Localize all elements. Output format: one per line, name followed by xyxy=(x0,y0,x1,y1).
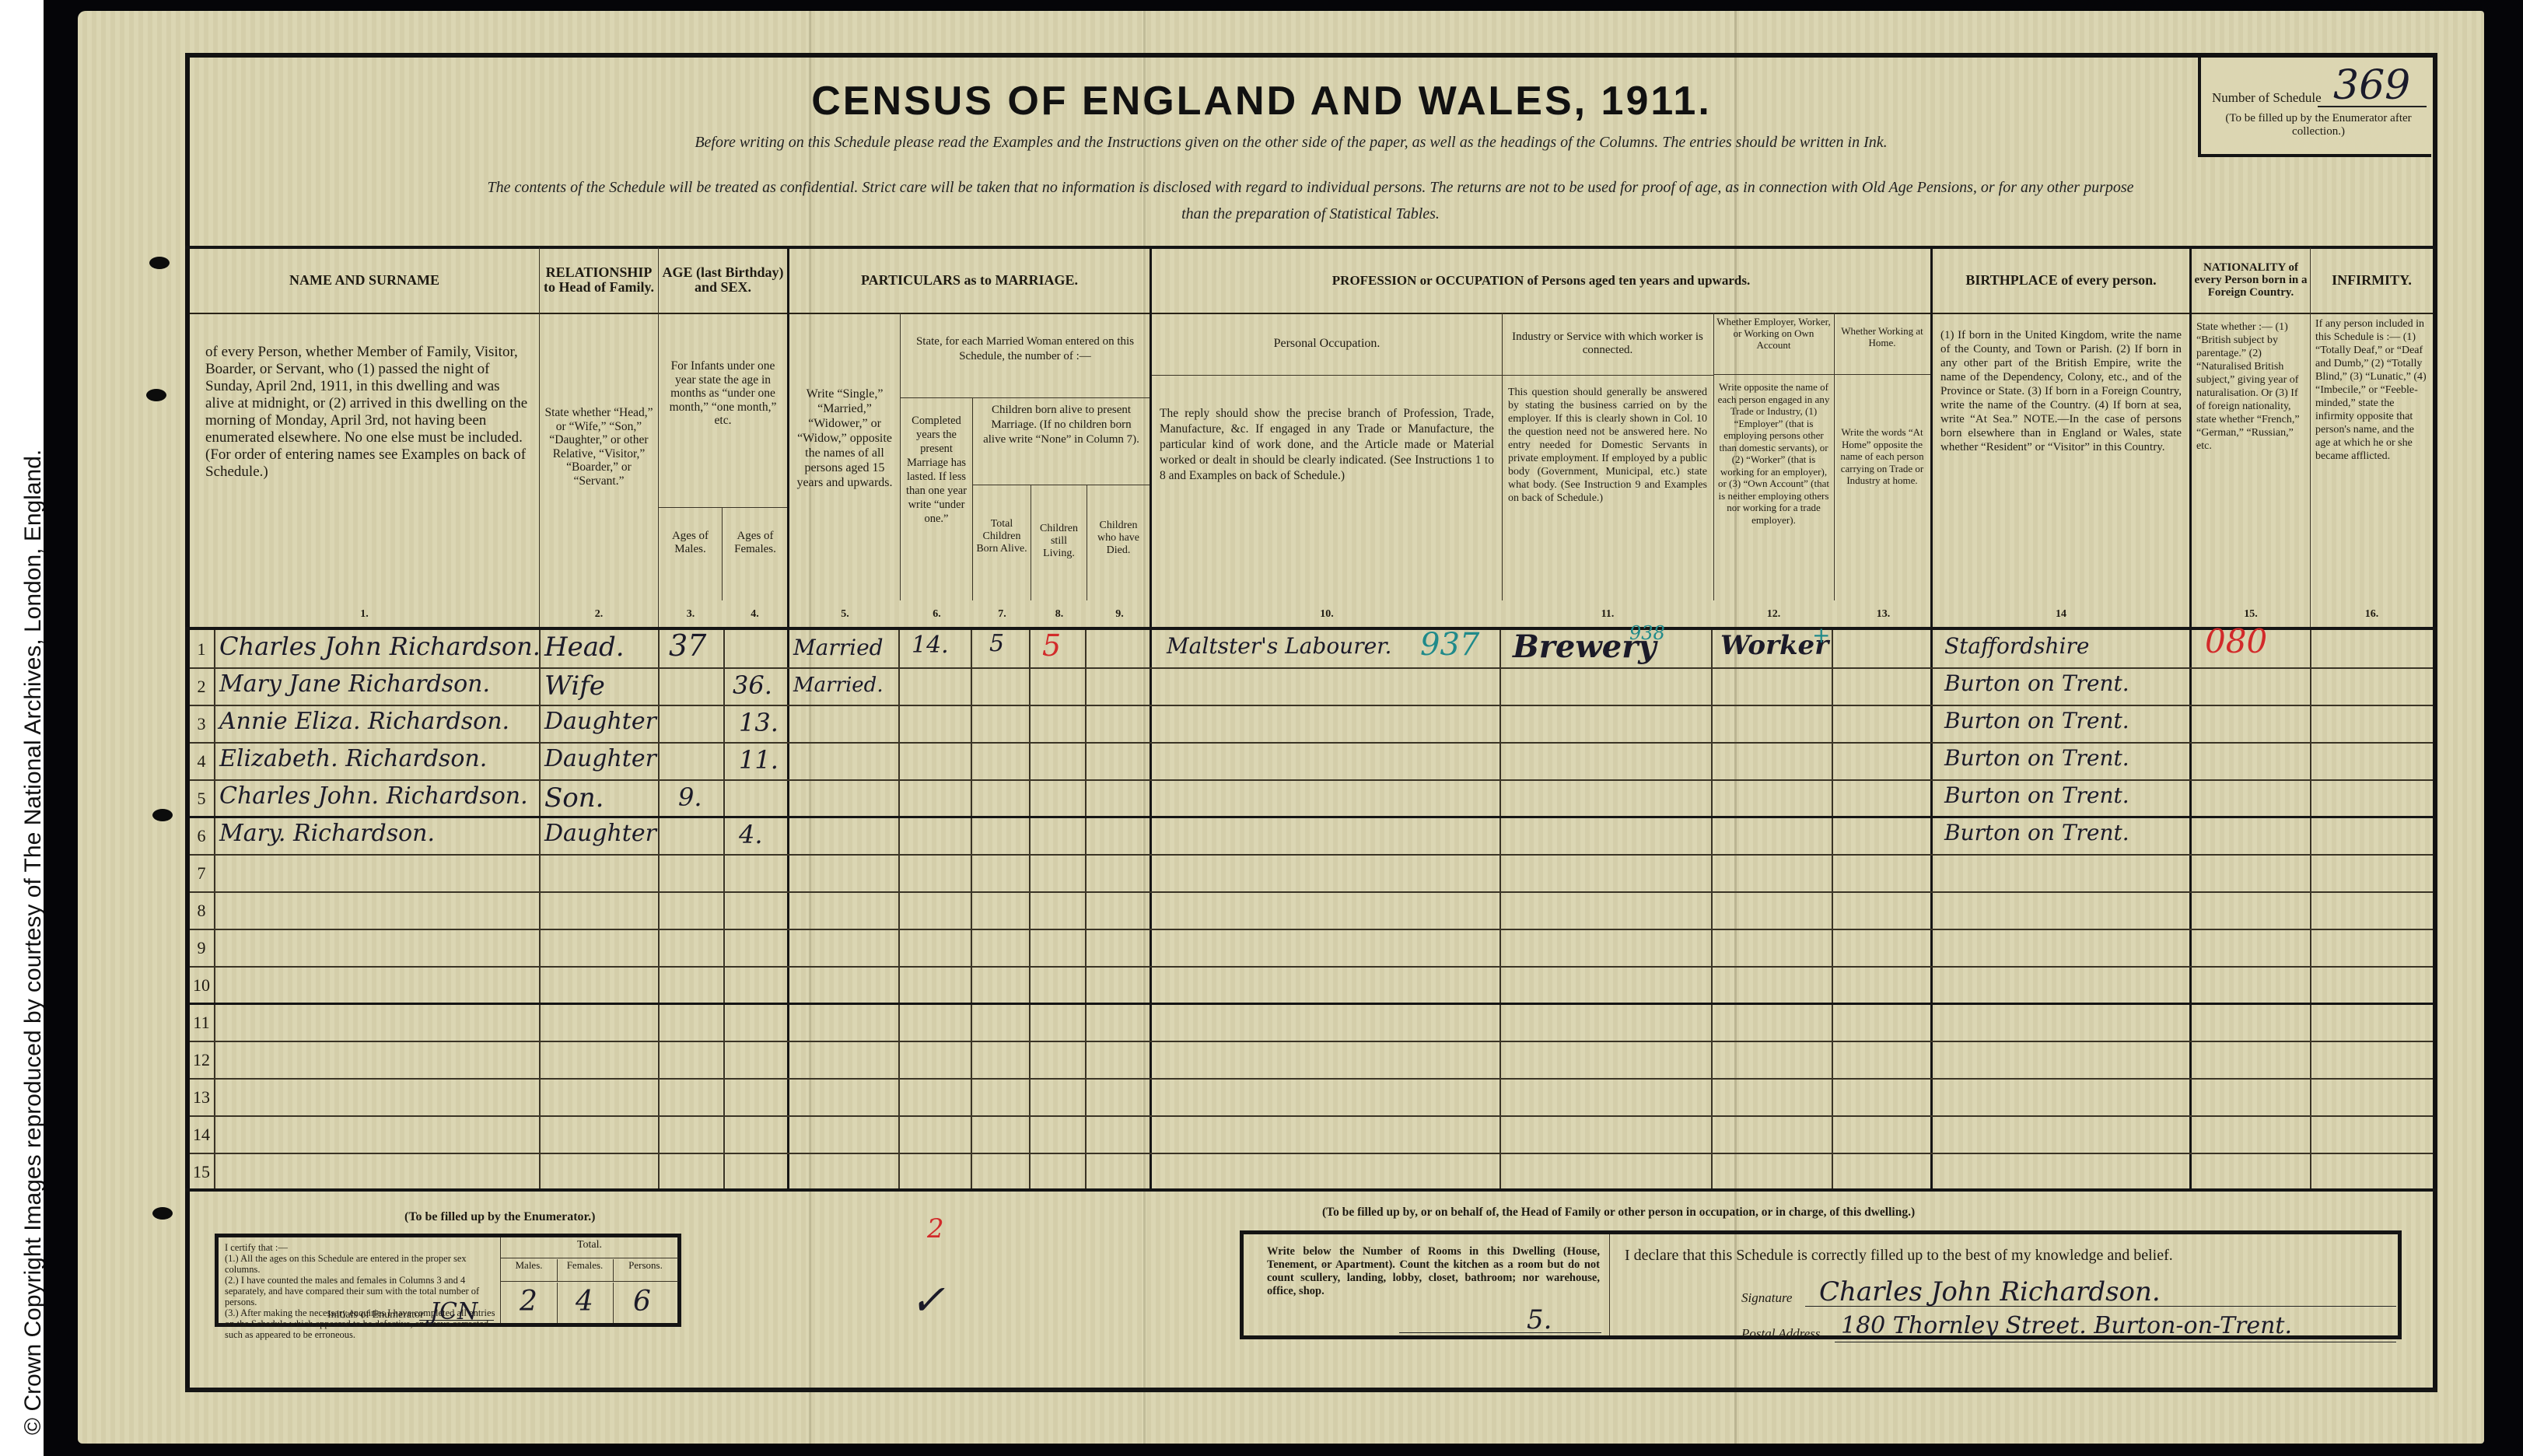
col-heading: BIRTHPLACE of every person. xyxy=(1933,247,2189,314)
copyright-notice: © Crown Copyright Images reproduced by c… xyxy=(22,450,45,1435)
row3-relationship[interactable]: Daughter xyxy=(544,708,656,735)
schedule-number-box: Number of Schedule 369 (To be filled up … xyxy=(2198,58,2431,157)
column-header-marriage: PARTICULARS as to MARRIAGE. Write “Singl… xyxy=(787,247,1150,628)
header-bottom-rule xyxy=(185,627,2437,630)
row-number: 13 xyxy=(190,1087,213,1108)
row5-age-male[interactable]: 9. xyxy=(678,782,702,812)
col-description: If any person included in this Schedule … xyxy=(2311,313,2433,600)
row-rule xyxy=(190,1078,2433,1080)
row1-employment-mark: + xyxy=(1812,622,1830,648)
col-divider xyxy=(214,630,215,1190)
row-rule xyxy=(190,1153,2433,1154)
col-description: (1) If born in the United Kingdom, write… xyxy=(1933,313,2189,600)
col-divider xyxy=(1150,630,1152,1190)
row1-children-born[interactable]: 5 xyxy=(989,630,1004,657)
rooms-instruction: Write below the Number of Rooms in this … xyxy=(1267,1245,1600,1298)
col-divider xyxy=(1930,630,1933,1190)
column-header-nationality: NATIONALITY of every Person born in a Fo… xyxy=(2189,247,2310,628)
page-title: CENSUS OF ENGLAND AND WALES, 1911. xyxy=(0,78,2523,124)
row3-age-female[interactable]: 13. xyxy=(739,708,779,737)
form-bottom-rule xyxy=(185,1388,2437,1392)
col-description: Children still Living. xyxy=(1031,485,1087,600)
enumerator-initials[interactable]: JCN xyxy=(430,1298,478,1325)
row-rule xyxy=(190,742,2433,744)
row4-relationship[interactable]: Daughter xyxy=(544,745,656,772)
col-description: This question should generally be answer… xyxy=(1502,375,1713,600)
column-header-age: AGE (last Birthday) and SEX. For Infants… xyxy=(658,247,787,628)
schedule-number-value[interactable]: 369 xyxy=(2333,62,2410,109)
head-caption: (To be filled up by, or on behalf of, th… xyxy=(1322,1206,1915,1220)
signature-label: Signature xyxy=(1741,1290,1792,1306)
certify-heading: I certify that :— xyxy=(225,1242,495,1253)
col-number: 13. xyxy=(1834,600,1933,628)
persons-total[interactable]: 6 xyxy=(633,1286,651,1318)
row-rule xyxy=(190,966,2433,968)
schedule-number-note: (To be filled up by the Enumerator after… xyxy=(2209,112,2428,138)
col-group-description: State, for each Married Woman entered on… xyxy=(901,313,1150,398)
row2-age-female[interactable]: 36. xyxy=(733,670,772,700)
row1-name[interactable]: Charles John Richardson. xyxy=(219,632,541,661)
row-rule xyxy=(190,667,2433,669)
col-number: 6. xyxy=(901,600,973,628)
enumerator-red-mark: 2 xyxy=(927,1213,944,1244)
column-header-name: NAME AND SURNAME of every Person, whethe… xyxy=(190,247,539,628)
rooms-line xyxy=(1399,1332,1601,1333)
col-description: Write “Single,” “Married,” “Widower,” or… xyxy=(789,313,901,600)
col-number: 4. xyxy=(723,600,787,628)
col-subheading: Whether Employer, Worker, or Working on … xyxy=(1713,313,1834,375)
rooms-count[interactable]: 5. xyxy=(1527,1304,1552,1335)
enumerator-certify-text: I certify that :— (1.) All the ages on t… xyxy=(225,1242,495,1340)
row1-birthplace[interactable]: Staffordshire xyxy=(1944,633,2089,659)
row1-marriage[interactable]: Married xyxy=(793,635,884,660)
col-number: 11. xyxy=(1502,600,1713,628)
col10-cell: Personal Occupation. The reply should sh… xyxy=(1152,313,1503,600)
row-rule xyxy=(190,779,2433,781)
row-number: 1 xyxy=(190,639,213,660)
row6-relationship[interactable]: Daughter xyxy=(544,820,656,847)
col-group-description: Children born alive to present Marriage.… xyxy=(973,398,1150,485)
col-divider xyxy=(898,630,900,1190)
row-number: 12 xyxy=(190,1050,213,1070)
col-subheading: Personal Occupation. xyxy=(1152,313,1502,376)
col-description: The reply should show the precise branch… xyxy=(1152,375,1502,600)
col-description: of every Person, whether Member of Famil… xyxy=(190,313,539,600)
males-label: Males. xyxy=(501,1259,558,1282)
table-bottom-rule xyxy=(185,1188,2437,1192)
col-number: 9. xyxy=(1087,600,1152,628)
col12-cell: Whether Employer, Worker, or Working on … xyxy=(1713,313,1835,600)
row1-relationship[interactable]: Head. xyxy=(544,632,625,663)
enumerator-certificate-box: I certify that :— (1.) All the ages on t… xyxy=(215,1234,681,1327)
column-header-infirmity: INFIRMITY. If any person included in thi… xyxy=(2310,247,2433,628)
col-subheading-males: Ages of Males. xyxy=(659,507,723,600)
col-description: Completed years the present Marriage has… xyxy=(901,398,973,600)
col-heading: INFIRMITY. xyxy=(2311,247,2433,314)
col-divider xyxy=(658,630,660,1190)
punch-hole-icon xyxy=(149,257,170,269)
col-number: 2. xyxy=(540,600,658,628)
row5-name[interactable]: Charles John. Richardson. xyxy=(219,782,528,810)
punch-hole-icon xyxy=(152,1207,173,1220)
col-divider xyxy=(1832,630,1833,1190)
row-number: 8 xyxy=(190,901,213,921)
row-rule xyxy=(190,929,2433,930)
row-number: 5 xyxy=(190,789,213,809)
persons-label: Persons. xyxy=(613,1259,678,1282)
totals-label: Total. xyxy=(501,1239,678,1258)
col-divider xyxy=(723,630,725,1190)
declaration-text: I declare that this Schedule is correctl… xyxy=(1625,1247,2173,1265)
row1-nationality-code: 080 xyxy=(2205,622,2267,660)
enumerator-caption: (To be filled up by the Enumerator.) xyxy=(404,1210,596,1224)
row-rule xyxy=(190,705,2433,706)
schedule-number-label: Number of Schedule xyxy=(2212,90,2322,106)
row-number: 11 xyxy=(190,1013,213,1033)
row-rule xyxy=(190,854,2433,856)
confidential-notice: The contents of the Schedule will be tre… xyxy=(202,179,2419,197)
row-number: 14 xyxy=(190,1125,213,1145)
col-number: 7. xyxy=(973,600,1031,628)
column-header-birthplace: BIRTHPLACE of every person. (1) If born … xyxy=(1930,247,2189,628)
row1-occupation-code: 937 xyxy=(1420,627,1479,663)
col-number: 14 xyxy=(1933,600,2189,628)
column-header-relationship: RELATIONSHIP to Head of Family. State wh… xyxy=(539,247,658,628)
col-description: State whether “Head,” or “Wife,” “Son,” … xyxy=(540,313,658,600)
row1-children-living[interactable]: 5 xyxy=(1042,628,1061,663)
row1-occupation[interactable]: Maltster's Labourer. xyxy=(1167,633,1391,659)
row4-age-female[interactable]: 11. xyxy=(739,745,779,775)
row6-age-female[interactable]: 4. xyxy=(739,820,763,849)
col-divider xyxy=(971,630,972,1190)
row3-name[interactable]: Annie Eliza. Richardson. xyxy=(219,708,509,735)
females-total[interactable]: 4 xyxy=(576,1286,593,1318)
row-number: 9 xyxy=(190,938,213,958)
col-subheading: Whether Working at Home. xyxy=(1834,313,1930,375)
col-number: 5. xyxy=(789,600,901,628)
col11-cell: Industry or Service with which worker is… xyxy=(1502,313,1714,600)
signature[interactable]: Charles John Richardson. xyxy=(1819,1276,2161,1307)
col-description: Children who have Died. xyxy=(1087,485,1150,600)
rooms-cell: Write below the Number of Rooms in this … xyxy=(1244,1234,1610,1335)
row-number: 4 xyxy=(190,751,213,772)
col-description: For Infants under one year state the age… xyxy=(659,313,787,507)
col-divider xyxy=(1085,630,1087,1190)
col-heading: PARTICULARS as to MARRIAGE. xyxy=(789,247,1150,314)
confidential-notice-2: than the preparation of Statistical Tabl… xyxy=(202,205,2419,223)
row2-relationship[interactable]: Wife xyxy=(544,670,605,702)
row-number: 3 xyxy=(190,714,213,734)
col-number: 1. xyxy=(190,600,539,628)
col-heading: PROFESSION or OCCUPATION of Persons aged… xyxy=(1152,247,1930,314)
males-total[interactable]: 2 xyxy=(520,1286,537,1318)
col-divider xyxy=(787,630,789,1190)
col-divider xyxy=(1711,630,1713,1190)
row1-age-male[interactable]: 37 xyxy=(669,628,706,663)
row-number: 6 xyxy=(190,826,213,846)
col-number: 10. xyxy=(1152,600,1502,628)
col-divider xyxy=(2310,630,2311,1190)
postal-address-label: Postal Address xyxy=(1741,1326,1821,1342)
head-declaration-box: Write below the Number of Rooms in this … xyxy=(1240,1230,2402,1339)
col-divider xyxy=(539,630,541,1190)
col-heading: NAME AND SURNAME xyxy=(190,247,539,314)
copyright-strip: © Crown Copyright Images reproduced by c… xyxy=(0,0,44,1456)
col-heading: NATIONALITY of every Person born in a Fo… xyxy=(2192,247,2310,314)
row-rule-thick xyxy=(190,1003,2433,1005)
females-label: Females. xyxy=(557,1259,614,1282)
col-divider xyxy=(1029,630,1031,1190)
check-mark-icon: ✓ xyxy=(910,1276,945,1325)
col-number: 3. xyxy=(659,600,723,628)
punch-hole-icon xyxy=(152,809,173,821)
col-number: 8. xyxy=(1031,600,1087,628)
certify-item-1: (1.) All the ages on this Schedule are e… xyxy=(225,1253,495,1275)
row4-name[interactable]: Elizabeth. Richardson. xyxy=(219,745,487,772)
col-heading: AGE (last Birthday) and SEX. xyxy=(659,247,787,314)
row2-name[interactable]: Mary Jane Richardson. xyxy=(219,670,490,698)
col-heading: RELATIONSHIP to Head of Family. xyxy=(540,247,658,314)
instruction-line: Before writing on this Schedule please r… xyxy=(436,134,2147,152)
col-description: Total Children Born Alive. xyxy=(973,485,1031,600)
row1-industry-code: 938 xyxy=(1629,622,1665,644)
col-subheading: Industry or Service with which worker is… xyxy=(1502,313,1713,376)
row-number: 2 xyxy=(190,677,213,697)
row-number: 7 xyxy=(190,863,213,884)
row2-birthplace[interactable]: Burton on Trent. xyxy=(1944,670,2129,696)
col-divider xyxy=(2189,630,2192,1190)
row3-birthplace[interactable]: Burton on Trent. xyxy=(1944,708,2129,733)
row1-years-married[interactable]: 14. xyxy=(912,632,949,659)
row2-marriage[interactable]: Married. xyxy=(793,674,884,697)
col-subheading-females: Ages of Females. xyxy=(723,507,788,600)
col13-cell: Whether Working at Home. Write the words… xyxy=(1834,313,1930,600)
row5-relationship[interactable]: Son. xyxy=(544,782,604,814)
row5-birthplace[interactable]: Burton on Trent. xyxy=(1944,782,2129,808)
col-description: Write the words “At Home” opposite the n… xyxy=(1834,375,1930,600)
row6-birthplace[interactable]: Burton on Trent. xyxy=(1944,820,2129,845)
row-number: 15 xyxy=(190,1162,213,1182)
row6-name[interactable]: Mary. Richardson. xyxy=(219,820,435,847)
row4-birthplace[interactable]: Burton on Trent. xyxy=(1944,745,2129,771)
row-rule-thick xyxy=(190,816,2433,818)
punch-hole-icon xyxy=(146,389,166,401)
postal-address-line xyxy=(1835,1342,2396,1342)
col-number: 16. xyxy=(2311,600,2433,628)
col-divider xyxy=(1499,630,1501,1190)
col-description: Write opposite the name of each person e… xyxy=(1713,375,1834,600)
row-number: 10 xyxy=(190,975,213,996)
col-description: State whether :— (1) “British subject by… xyxy=(2192,313,2310,600)
row-rule xyxy=(190,1115,2433,1117)
row-rule xyxy=(190,891,2433,893)
totals-table: Total. Males. Females. Persons. 2 4 6 xyxy=(500,1237,678,1323)
column-header-occupation: PROFESSION or OCCUPATION of Persons aged… xyxy=(1150,247,1930,628)
initials-label: Initials of Enumerator xyxy=(327,1309,424,1321)
row-rule xyxy=(190,1041,2433,1042)
postal-address[interactable]: 180 Thornley Street. Burton-on-Trent. xyxy=(1841,1312,2292,1339)
